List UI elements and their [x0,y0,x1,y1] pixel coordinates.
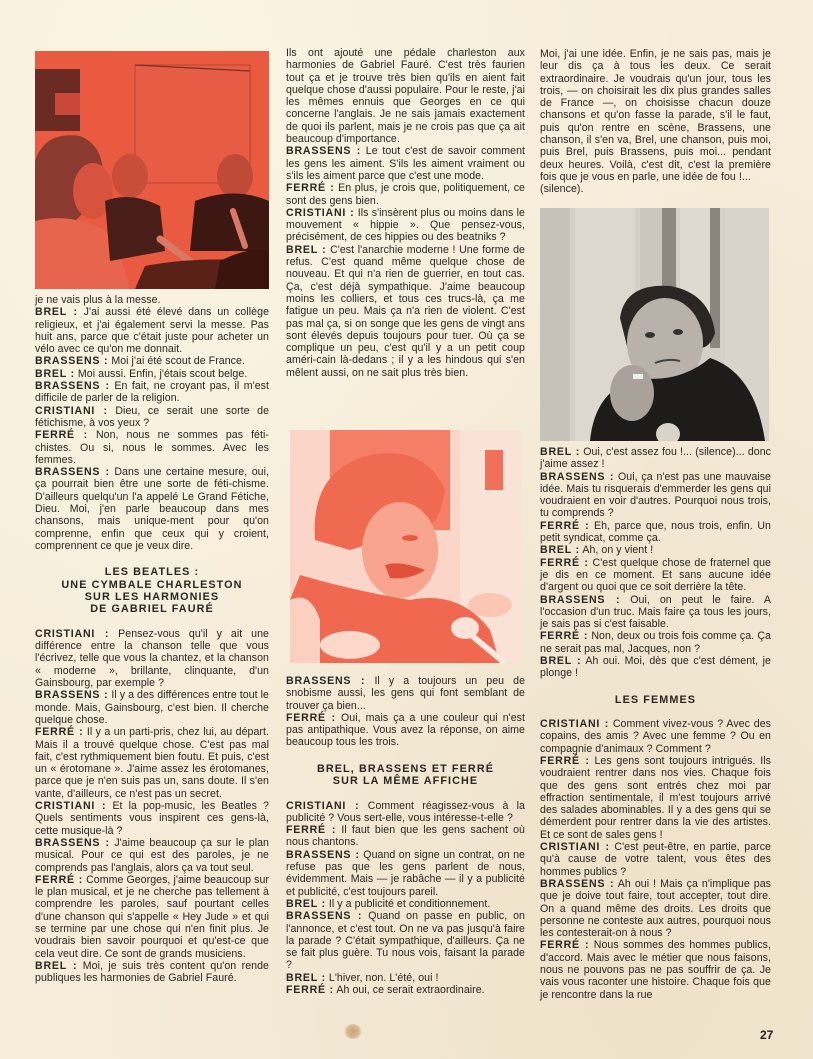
paper-stain [344,1024,362,1039]
speaker-name: CRISTIANI : [35,800,106,812]
photo-brassens-image [290,430,521,663]
dialogue-line: CRISTIANI : Dieu, ce serait une sorte de… [35,405,269,430]
speaker-name: BRASSENS : [286,145,361,157]
photo-ferre-image [540,208,769,441]
dialogue-line: BREL : L'hiver, non. L'été, oui ! [286,972,525,984]
speaker-name: BREL : [286,898,326,910]
speaker-name: CRISTIANI : [35,628,109,640]
speaker-name: BRASSENS : [35,380,110,392]
photo-ferre-cigarette [540,208,769,441]
speaker-name: BRASSENS : [286,849,360,861]
dialogue-text: Moi, j'ai une idée. Enfin, je ne sais pa… [540,48,771,183]
dialogue-line: FERRÉ : Il y a un parti-pris, chez lui, … [35,726,269,800]
dialogue-line: FERRÉ : Non, nous ne sommes pas féti-chi… [35,429,269,466]
section-heading-affiche: BREL, BRASSENS ET FERRÉ SUR LA MÊME AFFI… [286,763,525,788]
heading-line: UNE CYMBALE CHARLESTON [35,579,269,591]
column-2-bottom: BRASSENS : Il y a toujours un peu de sno… [286,675,525,996]
dialogue-line: BRASSENS : Moi j'ai été scout de France. [35,355,269,367]
dialogue-text: Ils ont ajouté une pédale charleston aux… [286,47,525,145]
dialogue-line: BREL : C'est l'anarchie moderne ! Une fo… [286,244,525,379]
dialogue-line: FERRÉ : C'est quelque chose de fraternel… [540,557,771,594]
speaker-name: FERRÉ : [540,630,588,642]
speaker-name: BREL : [540,655,581,667]
speaker-name: BREL : [35,960,77,972]
dialogue-line: BREL : Il y a publicité et conditionneme… [286,898,525,910]
dialogue-line: Moi, j'ai une idée. Enfin, je ne sais pa… [540,48,771,183]
dialogue-line: BRASSENS : Oui, on peut le faire. A l'oc… [540,594,771,631]
dialogue-line: BREL : Moi, je suis très content qu'on r… [35,960,269,985]
dialogue-text: Dans une certaine mesure, oui, ça pourra… [35,466,269,552]
dialogue-line: CRISTIANI : Et la pop-music, les Beatles… [35,800,269,837]
dialogue-line: BREL : Ah, on y vient ! [540,544,771,556]
photo-three-singers [35,51,269,289]
speaker-name: CRISTIANI : [286,207,355,219]
heading-line: DE GABRIEL FAURÉ [35,603,269,615]
section-heading-femmes: LES FEMMES [540,694,771,706]
column-1: je ne vais plus à la messe. BREL : J'ai … [35,294,269,984]
speaker-name: BRASSENS : [35,837,110,849]
dialogue-text: Moi aussi. Enfin, j'étais scout belge. [78,368,247,380]
photo-brassens-microphone [290,430,521,663]
dialogue-line: BRASSENS : Quand on passe en public, on … [286,910,525,971]
speaker-name: CRISTIANI : [286,800,360,812]
dialogue-line: FERRÉ : Nous sommes des hommes publics, … [540,939,771,1000]
dialogue-line: (silence). [540,183,771,195]
speaker-name: FERRÉ : [540,520,590,532]
speaker-name: FERRÉ : [286,182,335,194]
speaker-name: BREL : [540,446,580,458]
speaker-name: FERRÉ : [540,557,589,569]
speaker-name: BRASSENS : [286,910,362,922]
column-3-bottom: BREL : Oui, c'est assez fou !... (silenc… [540,446,771,1001]
dialogue-line: FERRÉ : Les gens sont toujours intrigués… [540,755,771,841]
dialogue-line: CRISTIANI : Pensez-vous qu'il y ait une … [35,628,269,689]
dialogue-line: BRASSENS : En fait, ne croyant pas, il m… [35,380,269,405]
speaker-name: BRASSENS : [35,466,110,478]
dialogue-text: Ah oui, ce serait extraordinaire. [336,984,484,996]
speaker-name: BREL : [286,244,327,256]
heading-line: LES BEATLES : [35,566,269,578]
speaker-name: BRASSENS : [540,471,614,483]
speaker-name: BREL : [540,544,580,556]
dialogue-line: CRISTIANI : Comment réagissez-vous à la … [286,800,525,825]
dialogue-line: BRASSENS : Oui, ça n'est pas une mauvais… [540,471,771,520]
photo-three-singers-image [35,51,269,289]
dialogue-text: je ne vais plus à la messe. [35,294,161,306]
dialogue-line: BREL : Moi aussi. Enfin, j'étais scout b… [35,368,269,380]
speaker-name: FERRÉ : [540,755,590,767]
dialogue-line: CRISTIANI : C'est peut-être, en partie, … [540,841,771,878]
speaker-name: CRISTIANI : [35,405,108,417]
heading-line: BREL, BRASSENS ET FERRÉ [286,763,525,775]
dialogue-line: FERRÉ : Ah oui, ce serait extraordinaire… [286,984,525,996]
dialogue-line: CRISTIANI : Comment vivez-vous ? Avec de… [540,718,771,755]
page-number: 27 [760,1028,773,1042]
dialogue-line: CRISTIANI : Ils s'insèrent plus ou moins… [286,207,525,244]
dialogue-line: BRASSENS : Quand on signe un contrat, on… [286,849,525,898]
dialogue-line: BREL : Oui, c'est assez fou !... (silenc… [540,446,771,471]
dialogue-text: Il y a publicité et conditionnement. [329,898,490,910]
dialogue-line: BREL : Ah oui. Moi, dès que c'est dément… [540,655,771,680]
heading-line: SUR LES HARMONIES [35,591,269,603]
dialogue-text: Comme Georges, j'aime beaucoup sur le pl… [35,874,269,960]
dialogue-line: BRASSENS : Dans une certaine mesure, oui… [35,466,269,552]
column-2: Ils ont ajouté une pédale charleston aux… [286,47,525,379]
speaker-name: BRASSENS : [35,355,108,367]
dialogue-line: FERRÉ : Non, deux ou trois fois comme ça… [540,630,771,655]
speaker-name: FERRÉ : [286,984,334,996]
dialogue-line: BRASSENS : Le tout c'est de savoir comme… [286,145,525,182]
dialogue-line: FERRÉ : Comme Georges, j'aime beaucoup s… [35,874,269,960]
column-3: Moi, j'ai une idée. Enfin, je ne sais pa… [540,48,771,196]
dialogue-line: BRASSENS : J'aime beaucoup ça sur le pla… [35,837,269,874]
dialogue-line: FERRÉ : Eh, parce que, nous trois, enfin… [540,520,771,545]
magazine-page: je ne vais plus à la messe. BREL : J'ai … [0,0,813,1059]
dialogue-line: FERRÉ : Oui, mais ça a une couleur qui n… [286,712,525,749]
dialogue-text: (silence). [540,183,583,195]
speaker-name: BRASSENS : [35,689,108,701]
speaker-name: CRISTIANI : [540,841,610,853]
dialogue-text: L'hiver, non. L'été, oui ! [329,972,439,984]
section-heading-beatles: LES BEATLES : UNE CYMBALE CHARLESTON SUR… [35,566,269,616]
speaker-name: FERRÉ : [35,726,83,738]
dialogue-text: Ah, on y vient ! [582,544,653,556]
speaker-name: BRASSENS : [540,878,614,890]
speaker-name: BREL : [35,306,78,318]
speaker-name: FERRÉ : [540,939,589,951]
dialogue-line: BREL : J'ai aussi été élevé dans un coll… [35,306,269,355]
speaker-name: FERRÉ : [35,429,88,441]
dialogue-line: BRASSENS : Ah oui ! Mais ça n'implique p… [540,878,771,939]
dialogue-line: BRASSENS : Il y a toujours un peu de sno… [286,675,525,712]
heading-line: LES FEMMES [540,694,771,706]
speaker-name: BREL : [35,368,75,380]
speaker-name: FERRÉ : [286,824,336,836]
dialogue-line: FERRÉ : Il faut bien que les gens sachen… [286,824,525,849]
speaker-name: FERRÉ : [35,874,83,886]
dialogue-line: FERRÉ : En plus, je crois que, politique… [286,182,525,207]
heading-line: SUR LA MÊME AFFICHE [286,775,525,787]
speaker-name: FERRÉ : [286,712,336,724]
dialogue-text: C'est l'anarchie moderne ! Une forme de … [286,244,525,379]
speaker-name: CRISTIANI : [540,718,609,730]
dialogue-line: BRASSENS : Il y a des différences entre … [35,689,269,726]
speaker-name: BRASSENS : [286,675,365,687]
dialogue-line: Ils ont ajouté une pédale charleston aux… [286,47,525,145]
dialogue-text: Moi j'ai été scout de France. [111,355,245,367]
dialogue-text: Les gens sont toujours intrigués. Ils vo… [540,755,771,841]
speaker-name: BREL : [286,972,326,984]
speaker-name: BRASSENS : [540,594,620,606]
dialogue-line: je ne vais plus à la messe. [35,294,269,306]
